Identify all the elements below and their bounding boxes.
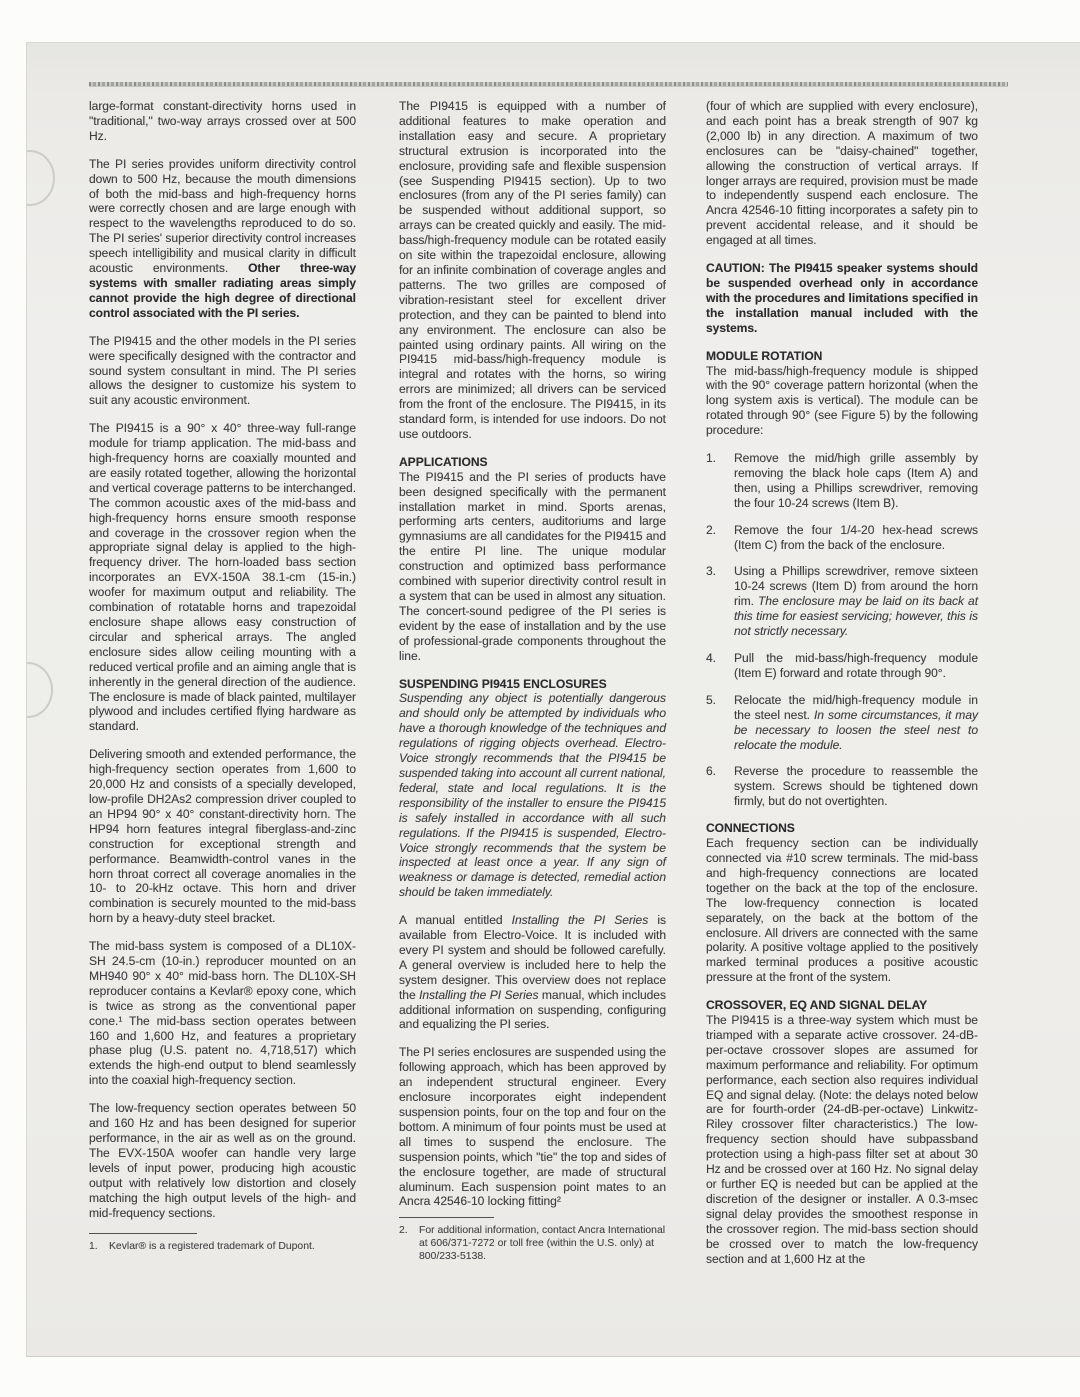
list-item-text: Relocate the mid/high-frequency module i… (734, 693, 978, 753)
list-item-text: Using a Phillips screwdriver, remove six… (734, 564, 978, 639)
section-heading-module-rotation: MODULE ROTATION (706, 349, 978, 364)
list-item: 2. Remove the four 1/4-20 hex-head screw… (706, 523, 978, 553)
list-item-number: 1. (706, 451, 734, 511)
italic-text-run: The enclosure may be laid on its back at… (734, 594, 978, 638)
footnote-rule (89, 1233, 197, 1234)
list-item-text: Pull the mid-bass/high-frequency module … (734, 651, 978, 681)
paragraph: Each frequency section can be individual… (706, 836, 978, 985)
footnote-text: Kevlar® is a registered trademark of Dup… (109, 1241, 356, 1254)
paragraph: The PI series provides uniform directivi… (89, 157, 356, 321)
paragraph: (four of which are supplied with every e… (706, 99, 978, 248)
section-heading-suspending: SUSPENDING PI9415 ENCLOSURES (399, 677, 666, 692)
list-item-number: 2. (706, 523, 734, 553)
paragraph: The PI9415 is a three-way system which m… (706, 1013, 978, 1266)
text-run: The PI series provides uniform directivi… (89, 157, 356, 275)
paragraph: large-format constant-directivity horns … (89, 99, 356, 144)
punch-hole-mark (26, 150, 55, 206)
list-item-number: 3. (706, 564, 734, 639)
paragraph: The mid-bass system is composed of a DL1… (89, 939, 356, 1088)
list-item-text: Remove the mid/high grille assembly by r… (734, 451, 978, 511)
punch-hole-mark (26, 662, 53, 718)
list-item: 3. Using a Phillips screwdriver, remove … (706, 564, 978, 639)
top-decorative-rule (89, 82, 1008, 86)
paragraph: The PI9415 and the other models in the P… (89, 334, 356, 409)
list-item-text: Remove the four 1/4-20 hex-head screws (… (734, 523, 978, 553)
paragraph: The PI9415 is a 90° x 40° three-way full… (89, 421, 356, 734)
scanned-page: large-format constant-directivity horns … (26, 42, 1080, 1357)
column-left: large-format constant-directivity horns … (89, 99, 356, 1254)
footnote-2: 2. For additional information, contact A… (399, 1217, 666, 1264)
list-item-number: 6. (706, 764, 734, 809)
text-columns: large-format constant-directivity horns … (89, 99, 978, 1279)
paragraph-italic-warning: Suspending any object is potentially dan… (399, 691, 666, 900)
paragraph: The PI9415 is equipped with a number of … (399, 99, 666, 442)
footnote-text: For additional information, contact Ancr… (419, 1225, 666, 1264)
list-item: 6. Reverse the procedure to reassemble t… (706, 764, 978, 809)
paragraph: The PI9415 and the PI series of products… (399, 470, 666, 664)
section-heading-connections: CONNECTIONS (706, 821, 978, 836)
italic-title-run: Installing the PI Series (512, 913, 649, 927)
section-heading-crossover: CROSSOVER, EQ AND SIGNAL DELAY (706, 998, 978, 1013)
list-item: 1. Remove the mid/high grille assembly b… (706, 451, 978, 511)
list-item-number: 5. (706, 693, 734, 753)
italic-title-run: Installing the PI Series (419, 988, 538, 1002)
footnote-number: 1. (89, 1241, 109, 1254)
text-run: A manual entitled (399, 913, 512, 927)
paragraph: The low-frequency section operates betwe… (89, 1101, 356, 1220)
section-heading-applications: APPLICATIONS (399, 455, 666, 470)
column-middle: The PI9415 is equipped with a number of … (399, 99, 666, 1264)
paragraph: The mid-bass/high-frequency module is sh… (706, 364, 978, 439)
footnote-row: 2. For additional information, contact A… (399, 1225, 666, 1264)
list-item: 4. Pull the mid-bass/high-frequency modu… (706, 651, 978, 681)
footnote-number: 2. (399, 1225, 419, 1264)
list-item: 5. Relocate the mid/high-frequency modul… (706, 693, 978, 753)
paragraph: Delivering smooth and extended performan… (89, 747, 356, 926)
footnote-rule (399, 1217, 494, 1218)
footnote-row: 1. Kevlar® is a registered trademark of … (89, 1241, 356, 1254)
footnote-1: 1. Kevlar® is a registered trademark of … (89, 1233, 356, 1254)
caution-paragraph: CAUTION: The PI9415 speaker systems shou… (706, 261, 978, 336)
list-item-number: 4. (706, 651, 734, 681)
paragraph: The PI series enclosures are suspended u… (399, 1045, 666, 1209)
numbered-procedure-list: 1. Remove the mid/high grille assembly b… (706, 451, 978, 809)
paragraph: A manual entitled Installing the PI Seri… (399, 913, 666, 1032)
list-item-text: Reverse the procedure to reassemble the … (734, 764, 978, 809)
column-right: (four of which are supplied with every e… (706, 99, 978, 1279)
